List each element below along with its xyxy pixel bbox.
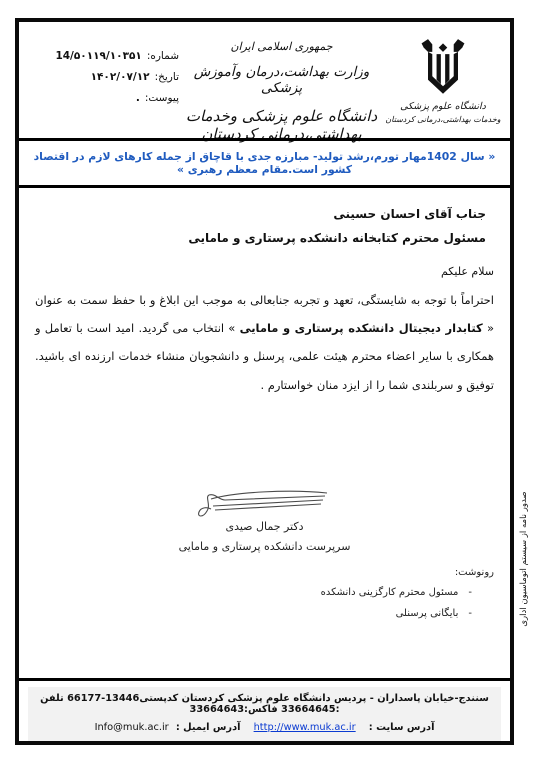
email-value: Info@muk.ac.ir bbox=[95, 722, 169, 733]
signature-block: دکتر جمال صیدی سرپرست دانشکده پرستاری و … bbox=[145, 485, 385, 553]
letter-date-row: تاریخ: ۱۴۰۲/۰۷/۱۲ bbox=[27, 71, 179, 83]
footer-contacts: آدرس سایت : http://www.muk.ac.ir آدرس ای… bbox=[34, 722, 495, 733]
cc-item: - بایگانی پرسنلی bbox=[35, 603, 472, 624]
cc-item-text: مسئول محترم کارگزینی دانشکده bbox=[321, 582, 459, 603]
university-logo-block: دانشگاه علوم پزشکی وخدمات بهداشتی،درمانی… bbox=[384, 28, 502, 138]
cc-item: - مسئول محترم کارگزینی دانشکده bbox=[35, 582, 472, 603]
letterhead: دانشگاه علوم پزشکی وخدمات بهداشتی،درمانی… bbox=[19, 22, 510, 138]
letterhead-center: جمهوری اسلامی ایران وزارت بهداشت،درمان و… bbox=[179, 28, 384, 138]
letter-meta: شماره: 14/۵۰۱۱۹/۱۰۳۵۱ تاریخ: ۱۴۰۲/۰۷/۱۲ … bbox=[27, 28, 179, 138]
year-slogan-text: « سال 1402مهار تورم،رشد تولید- مبارزه جد… bbox=[29, 150, 500, 176]
cc-label: رونوشت: bbox=[35, 567, 494, 578]
cc-block: رونوشت: - مسئول محترم کارگزینی دانشکده -… bbox=[35, 567, 494, 624]
cc-item-text: بایگانی پرسنلی bbox=[396, 603, 459, 624]
site-label: آدرس سایت : bbox=[369, 722, 435, 733]
letter-date-value: ۱۴۰۲/۰۷/۱۲ bbox=[91, 71, 150, 83]
letter-attachment-label: پیوست: bbox=[145, 92, 179, 104]
letter-attachment-row: پیوست: . bbox=[27, 92, 179, 104]
salutation: سلام علیکم bbox=[35, 265, 494, 278]
signer-title: سرپرست دانشکده پرستاری و مامایی bbox=[145, 540, 385, 553]
letter-page: صدور نامه از سیستم اتوماسیون اداری bbox=[0, 0, 537, 765]
letter-frame: دانشگاه علوم پزشکی وخدمات بهداشتی،درمانی… bbox=[15, 18, 514, 745]
signature-scribble-icon bbox=[145, 485, 385, 519]
logo-caption-line2: وخدمات بهداشتی،درمانی کردستان bbox=[384, 115, 502, 124]
state-title: جمهوری اسلامی ایران bbox=[179, 40, 384, 53]
letter-body: جناب آقای احسان حسینی مسئول محترم کتابخا… bbox=[19, 188, 510, 678]
logo-caption-line1: دانشگاه علوم پزشکی bbox=[384, 101, 502, 112]
letter-number-label: شماره: bbox=[147, 50, 179, 62]
ministry-title: وزارت بهداشت،درمان وآموزش پزشکی bbox=[179, 64, 384, 96]
cc-dash: - bbox=[468, 582, 472, 603]
footer-divider bbox=[19, 678, 510, 681]
letter-number-row: شماره: 14/۵۰۱۱۹/۱۰۳۵۱ bbox=[27, 50, 179, 62]
side-caption-automation-note: صدور نامه از سیستم اتوماسیون اداری bbox=[519, 419, 533, 699]
addressee-title: مسئول محترم کتابخانه دانشکده پرستاری و م… bbox=[35, 226, 486, 250]
footer-address: سنندج-خیابان پاسداران - پردیس دانشگاه عل… bbox=[34, 693, 495, 715]
site-url-link[interactable]: http://www.muk.ac.ir bbox=[254, 722, 356, 733]
footer: سنندج-خیابان پاسداران - پردیس دانشگاه عل… bbox=[28, 687, 501, 741]
year-slogan-banner: « سال 1402مهار تورم،رشد تولید- مبارزه جد… bbox=[19, 141, 510, 185]
university-emblem-icon bbox=[384, 38, 502, 98]
signer-name: دکتر جمال صیدی bbox=[145, 520, 385, 533]
appointment-position: کتابدار دیجیتال دانشکده پرستاری و مامایی bbox=[240, 321, 483, 335]
cc-dash: - bbox=[468, 603, 472, 624]
letter-number-value: 14/۵۰۱۱۹/۱۰۳۵۱ bbox=[55, 50, 141, 62]
email-label: آدرس ایمیل : bbox=[176, 722, 241, 733]
letter-attachment-value: . bbox=[136, 92, 140, 104]
addressee-name: جناب آقای احسان حسینی bbox=[35, 202, 486, 226]
letter-date-label: تاریخ: bbox=[155, 71, 179, 83]
appointment-paragraph: احتراماً با توجه به شایستگی، تعهد و تجرب… bbox=[35, 286, 494, 399]
